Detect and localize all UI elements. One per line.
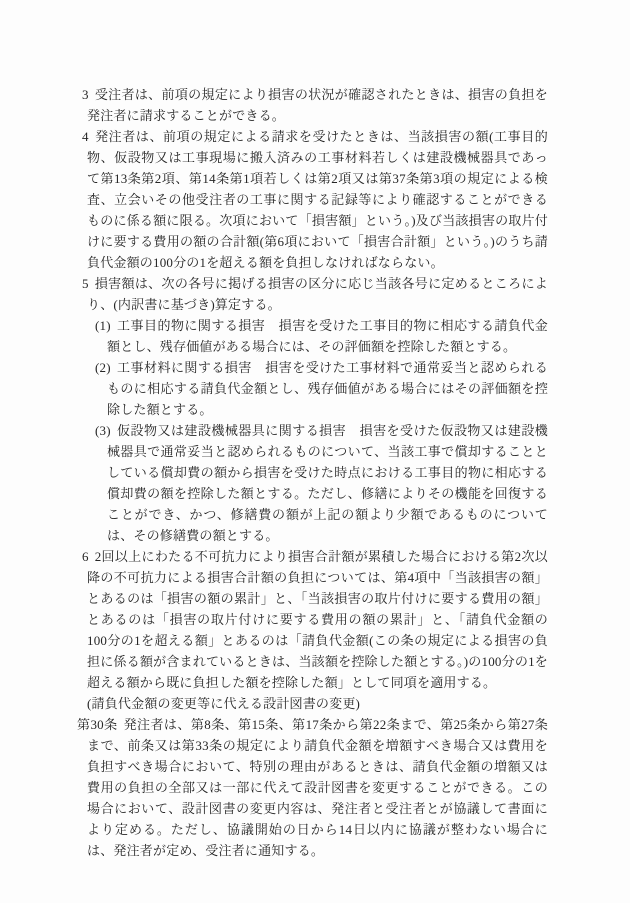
paragraph: (3)仮設物又は建設機械器具に関する損害 損害を受けた仮設物又は建設機械器具で通… [77,420,548,546]
paragraph-text: 2回以上にわたる不可抗力により損害合計額が累積した場合における第2次以降の不可抗… [87,549,548,690]
paragraph-text: 工事目的物に関する損害 損害を受けた工事目的物に相応する請負代金額とし、残存価値… [107,318,548,354]
paragraph-number: 第30条 [77,717,118,732]
paragraph-number: (3) [95,423,111,438]
document-body: 3受注者は、前項の規定により損害の状況が確認されたときは、損害の負担を発注者に請… [77,84,548,861]
paragraph-number: 3 [82,87,89,102]
paragraph: 3受注者は、前項の規定により損害の状況が確認されたときは、損害の負担を発注者に請… [77,84,548,126]
paragraph-number: 4 [82,129,89,144]
paragraph-text: 損害額は、次の各号に掲げる損害の区分に応じ当該各号に定めるところにより、(内訳書… [87,276,548,312]
paragraph-number: (2) [95,360,111,375]
paragraph: 5損害額は、次の各号に掲げる損害の区分に応じ当該各号に定めるところにより、(内訳… [77,273,548,315]
paragraph-text: 仮設物又は建設機械器具に関する損害 損害を受けた仮設物又は建設機械器具で通常妥当… [107,423,548,543]
paragraph-number: (1) [95,318,111,333]
paragraph: 4発注者は、前項の規定による請求を受けたときは、当該損害の額(工事目的物、仮設物… [77,126,548,273]
paragraph-text: 発注者は、前項の規定による請求を受けたときは、当該損害の額(工事目的物、仮設物又… [87,129,548,270]
paragraph: (請負代金額の変更等に代える設計図書の変更) [77,693,548,714]
paragraph-text: 工事材料に関する損害 損害を受けた工事材料で通常妥当と認められるものに相応する請… [107,360,548,417]
paragraph: (1)工事目的物に関する損害 損害を受けた工事目的物に相応する請負代金額とし、残… [77,315,548,357]
paragraph: 62回以上にわたる不可抗力により損害合計額が累積した場合における第2次以降の不可… [77,546,548,693]
paragraph-number: 5 [82,276,89,291]
paragraph-text: 発注者は、第8条、第15条、第17条から第22条まで、第25条から第27条まで、… [87,717,548,858]
paragraph-number: 6 [82,549,89,564]
paragraph-text: (請負代金額の変更等に代える設計図書の変更) [87,696,360,711]
paragraph-text: 受注者は、前項の規定により損害の状況が確認されたときは、損害の負担を発注者に請求… [87,87,548,123]
paragraph: 第30条発注者は、第8条、第15条、第17条から第22条まで、第25条から第27… [77,714,548,861]
paragraph: (2)工事材料に関する損害 損害を受けた工事材料で通常妥当と認められるものに相応… [77,357,548,420]
document-page: 3受注者は、前項の規定により損害の状況が確認されたときは、損害の負担を発注者に請… [0,0,630,903]
